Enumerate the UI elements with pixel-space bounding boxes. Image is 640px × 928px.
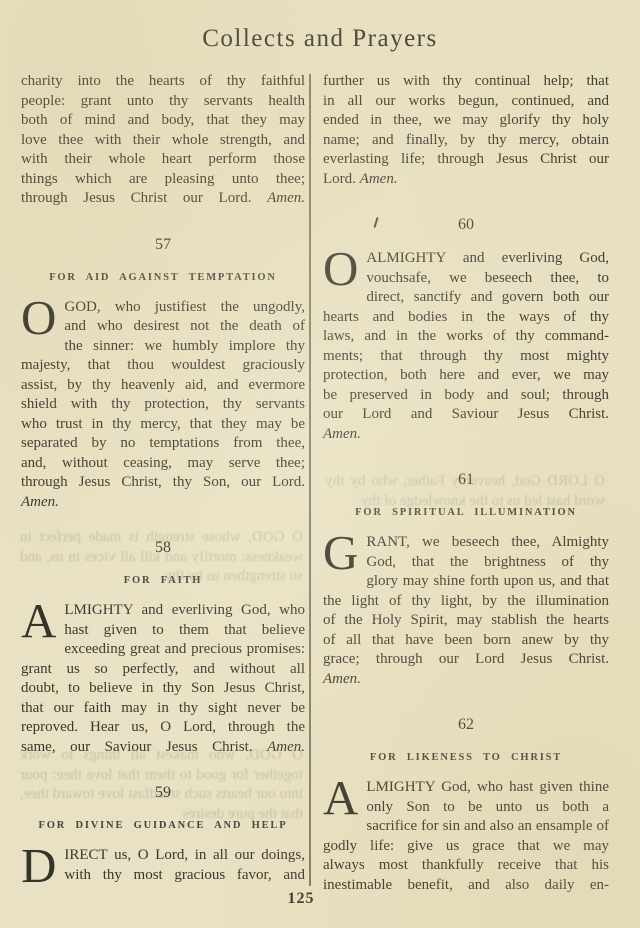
book-page: O GOD, whose strength is made perfect in… xyxy=(0,0,640,928)
section-heading: FOR SPIRITUAL ILLUMINATION xyxy=(323,506,609,519)
prayer-lines: GOD, who justifiest the ungodly,and who … xyxy=(21,298,305,513)
right-column: further us with thy continual help; that… xyxy=(323,72,609,895)
prayer-text: D IRECT us, O Lord, in all our doings,wi… xyxy=(21,846,305,885)
drop-cap: D xyxy=(21,846,64,886)
left-column: charity into the hearts of thy faithfulp… xyxy=(21,72,305,886)
prayer-lines: IRECT us, O Lord, in all our doings,with… xyxy=(21,846,305,885)
continuation-paragraph: further us with thy continual help; that… xyxy=(323,72,609,189)
drop-cap: A xyxy=(21,601,64,641)
prayer-text: O GOD, who justifiest the ungodly,and wh… xyxy=(21,298,305,513)
page-number: 125 xyxy=(0,890,621,908)
section-number: 60 xyxy=(323,215,609,235)
prayer-lines: ALMIGHTY and everliving God,vouchsafe, w… xyxy=(323,249,609,444)
prayer-text: A LMIGHTY and everliving God, whohast gi… xyxy=(21,601,305,757)
column-divider xyxy=(309,74,311,886)
drop-cap: A xyxy=(323,778,366,818)
section-number: 59 xyxy=(21,783,305,803)
prayer-text: O ALMIGHTY and everliving God,vouchsafe,… xyxy=(323,249,609,444)
prayer-lines: RANT, we beseech thee, AlmightyGod, that… xyxy=(323,533,609,689)
section-heading: FOR AID AGAINST TEMPTATION xyxy=(21,271,305,284)
section-heading: FOR LIKENESS TO CHRIST xyxy=(323,751,609,764)
page-title: Collects and Prayers xyxy=(0,24,640,54)
collect-section-62: 62 FOR LIKENESS TO CHRIST A LMIGHTY God,… xyxy=(323,715,609,895)
continuation-paragraph: charity into the hearts of thy faithfulp… xyxy=(21,72,305,209)
collect-section-60: 60 O ALMIGHTY and everliving God,vouchsa… xyxy=(323,215,609,444)
prayer-text: A LMIGHTY God, who hast given thineonly … xyxy=(323,778,609,895)
drop-cap: G xyxy=(323,533,366,573)
collect-section-58: 58 FOR FAITH A LMIGHTY and everliving Go… xyxy=(21,538,305,757)
collect-section-59: 59 FOR DIVINE GUIDANCE AND HELP D IRECT … xyxy=(21,783,305,885)
collect-section-61: 61 FOR SPIRITUAL ILLUMINATION G RANT, we… xyxy=(323,470,609,689)
section-number: 57 xyxy=(21,235,305,255)
section-heading: FOR DIVINE GUIDANCE AND HELP xyxy=(21,819,305,832)
section-number: 58 xyxy=(21,538,305,558)
drop-cap: O xyxy=(323,249,366,289)
drop-cap: O xyxy=(21,298,64,338)
prayer-lines: LMIGHTY God, who hast given thineonly So… xyxy=(323,778,609,895)
prayer-lines: LMIGHTY and everliving God, whohast give… xyxy=(21,601,305,757)
collect-section-57: 57 FOR AID AGAINST TEMPTATION O GOD, who… xyxy=(21,235,305,513)
section-number: 62 xyxy=(323,715,609,735)
section-heading: FOR FAITH xyxy=(21,574,305,587)
prayer-text: G RANT, we beseech thee, AlmightyGod, th… xyxy=(323,533,609,689)
section-number: 61 xyxy=(323,470,609,490)
